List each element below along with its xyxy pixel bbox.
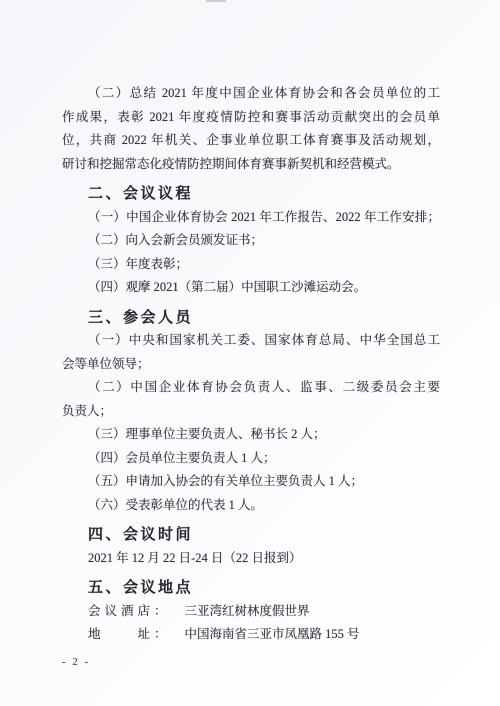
section-heading: 二、会议议程 [62,182,440,206]
section-heading: 四、会议时间 [62,523,440,547]
document-page: （二）总结 2021 年度中国企业体育协会和各会员单位的工作成果，表彰 2021… [0,0,500,706]
address-value: 中国海南省三亚市凤凰路 155 号 [185,627,360,641]
text-line: 会等单位领导； [62,353,440,377]
text-line: （二）总结 2021 年度中国企业体育协会和各会员单位的工 [62,82,440,106]
address-row: 地 址：中国海南省三亚市凤凰路 155 号 [62,623,440,647]
address-value: 三亚湾红树林度假世界 [185,604,310,618]
text-line: （一）中国企业体育协会 2021 年工作报告、2022 年工作安排； [62,206,440,230]
text-line: （四）会员单位主要负责人 1 人； [62,447,440,471]
address-label: 地 址： [88,627,171,641]
text-line: （二）向入会新会员颁发证书； [62,229,440,253]
text-line: （五）申请加入协会的有关单位主要负责人 1 人； [62,470,440,494]
text-line: （一）中央和国家机关工委、国家体育总局、中华全国总工 [62,329,440,353]
section-heading: 三、参会人员 [62,306,440,330]
section-heading: 五、会议地点 [62,576,440,600]
text-line: （三）年度表彰； [62,253,440,277]
text-line: 作成果，表彰 2021 年度疫情防控和赛事活动贡献突出的会员单 [62,106,440,130]
text-line: 位，共商 2022 年机关、企事业单位职工体育赛事及活动规划， [62,129,440,153]
address-label: 会议酒店： [88,604,171,618]
text-line: （四）观摩 2021（第二届）中国职工沙滩运动会。 [62,276,440,300]
text-line: 研讨和挖掘常态化疫情防控期间体育赛事新契机和经营模式。 [62,153,440,177]
text-line: （二）中国企业体育协会负责人、监事、二级委员会主要 [62,376,440,400]
text-line: （三）理事单位主要负责人、秘书长 2 人； [62,423,440,447]
address-row: 会议酒店：三亚湾红树林度假世界 [62,600,440,624]
text-line: （六）受表彰单位的代表 1 人。 [62,494,440,518]
page-number: - 2 - [62,656,90,668]
text-line: 2021 年 12 月 22 日-24 日（22 日报到） [62,547,440,571]
document-body: （二）总结 2021 年度中国企业体育协会和各会员单位的工作成果，表彰 2021… [62,82,440,647]
scan-artifact [206,0,226,2]
text-line: 负责人； [62,400,440,424]
